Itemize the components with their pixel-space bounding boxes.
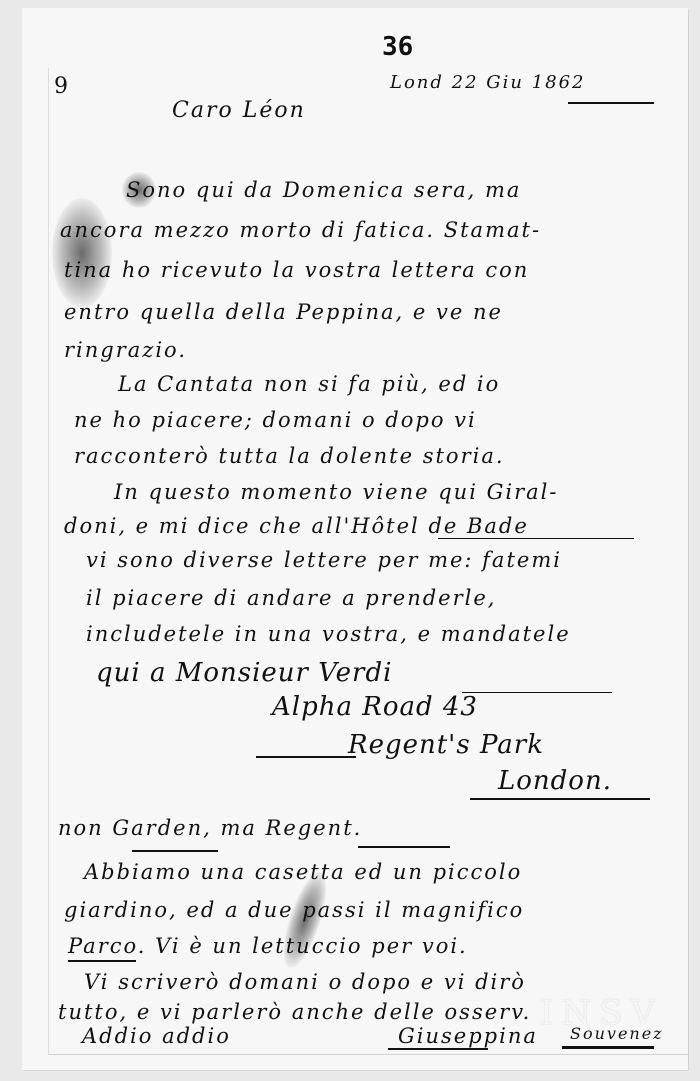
london-underline [470, 798, 650, 800]
body-line: ne ho piacere; domani o dopo vi [74, 408, 477, 432]
address-line: London. [498, 766, 612, 796]
body-line: entro quella della Peppina, e ve ne [64, 300, 503, 324]
parco-underline [68, 960, 136, 962]
letter-sheet: 36 9 Lond 22 Giu 1862 Caro Léon Sono qui… [22, 8, 688, 1070]
postscript-line: Parco. Vi è un lettuccio per voi. [68, 934, 468, 958]
dateline: Lond 22 Giu 1862 [390, 72, 586, 93]
body-line: Sono qui da Domenica sera, ma [126, 178, 521, 202]
hotel-underline [438, 538, 634, 539]
body-line: La Cantata non si fa più, ed io [118, 372, 500, 396]
postscript-line: tutto, e vi parlerò anche delle osserv. [58, 1000, 531, 1024]
regent-underline [358, 846, 450, 848]
address-line: Alpha Road 43 [272, 692, 478, 722]
page-number: 36 [382, 32, 413, 62]
folio-mark: 9 [54, 74, 68, 99]
signature-underline [388, 1048, 488, 1050]
body-line: includetele in una vostra, e mandatele [86, 622, 571, 646]
body-line: doni, e mi dice che all'Hôtel de Bade [64, 514, 529, 538]
body-line: racconterò tutta la dolente storia. [74, 444, 505, 468]
postscript-line: giardino, ed a due passi il magnifico [64, 898, 524, 922]
body-line: vi sono diverse lettere per me: fatemi [86, 548, 562, 572]
postscript-line: non Garden, ma Regent. [58, 816, 362, 840]
body-line: In questo momento viene qui Giral- [114, 480, 558, 504]
body-line: ancora mezzo morto di fatica. Stamat- [60, 218, 541, 242]
souvenez-underline [562, 1046, 654, 1049]
closing: Addio addio [82, 1024, 231, 1048]
address-line: Regent's Park [348, 730, 544, 760]
watermark: INSV [540, 993, 663, 1033]
body-line: il piacere di andare a prenderle, [86, 586, 496, 610]
body-line-addressee: qui a Monsieur Verdi [96, 658, 392, 688]
body-line: ringrazio. [64, 338, 187, 362]
salutation: Caro Léon [172, 98, 306, 123]
date-underline [568, 102, 654, 104]
postscript-line: Vi scriverò domani o dopo e vi dirò [84, 970, 526, 994]
signature: Giuseppina [398, 1024, 538, 1048]
postscript-line: Abbiamo una casetta ed un piccolo [84, 860, 522, 884]
address-dash [256, 756, 356, 758]
garden-underline [132, 850, 218, 852]
body-line: tina ho ricevuto la vostra lettera con [64, 258, 529, 282]
ink-stain [52, 198, 112, 308]
address-strike [462, 692, 612, 693]
